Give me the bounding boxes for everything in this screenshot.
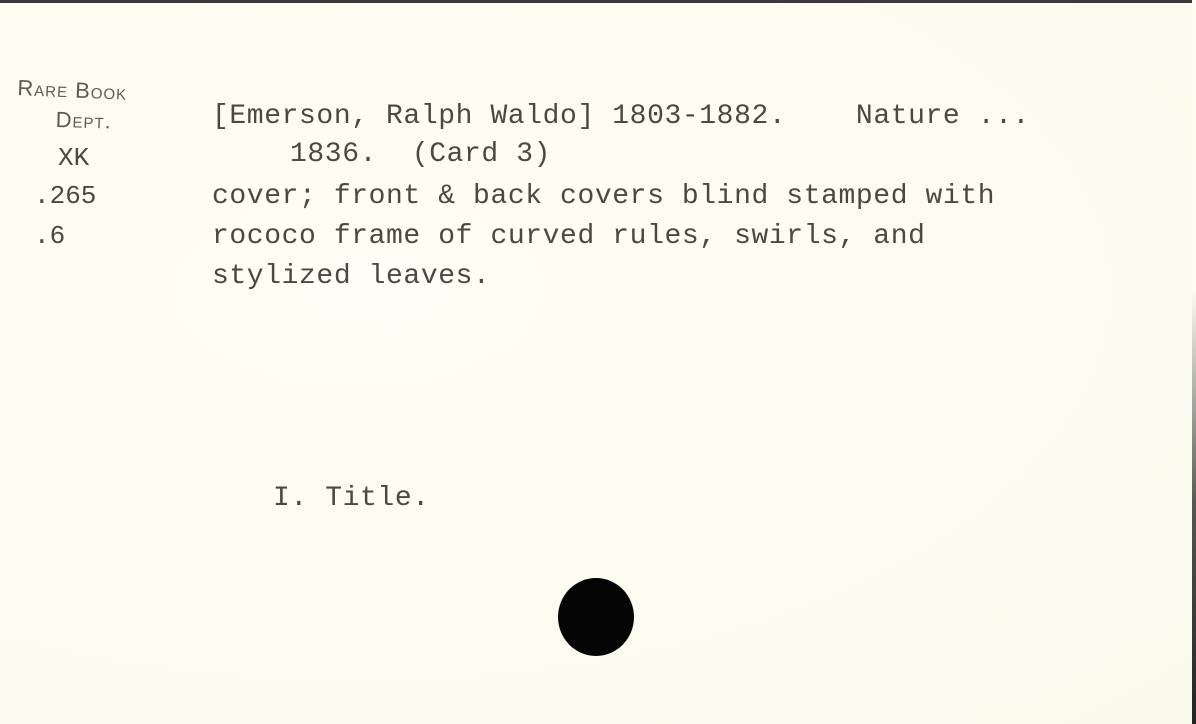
call-number-class: XK [58, 143, 89, 173]
tracing-line: I. Title. [273, 483, 430, 514]
call-number-cutter: .265 [34, 181, 96, 211]
rare-book-stamp-line2: Dept. [55, 107, 112, 134]
note-line: stylized leaves. [212, 261, 490, 292]
date-card-line: 1836. (Card 3) [290, 139, 551, 170]
author-heading: [Emerson, Ralph Waldo] 1803-1882. [212, 101, 786, 132]
title-heading: Nature ... [856, 101, 1030, 132]
catalog-card: Rare Book Dept. XK .265 .6 [Emerson, Ral… [0, 3, 1192, 724]
rare-book-stamp-line1: Rare Book [17, 75, 128, 106]
heading-line: [Emerson, Ralph Waldo] 1803-1882. Nature… [212, 101, 1030, 132]
card-right-edge [1192, 0, 1196, 724]
call-number-item: .6 [34, 221, 65, 251]
note-line: cover; front & back covers blind stamped… [212, 181, 995, 212]
note-line: rococo frame of curved rules, swirls, an… [212, 221, 926, 252]
punch-hole [558, 578, 634, 656]
